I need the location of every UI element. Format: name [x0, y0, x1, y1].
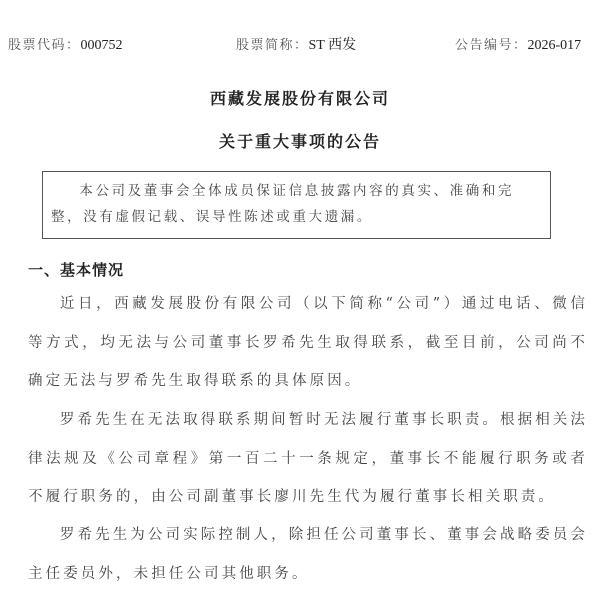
company-title: 西藏发展股份有限公司	[0, 86, 600, 109]
body-paragraph: 近日，西藏发展股份有限公司（以下简称“公司”）通过电话、微信等方式，均无法与公司…	[28, 285, 588, 401]
announcement-number-label: 公告编号：	[455, 38, 528, 53]
body-paragraph: 罗希先生为公司实际控制人，除担任公司董事长、董事会战略委员会主任委员外，未担任公…	[28, 516, 588, 592]
stock-abbr-label: 股票简称：	[236, 38, 309, 53]
stock-abbr-field: 股票简称：ST 西发	[236, 36, 356, 56]
announcement-header: 股票代码：000752 股票简称：ST 西发 公告编号：2026-017	[0, 36, 600, 56]
disclaimer-text: 本公司及董事会全体成员保证信息披露内容的真实、准确和完整，没有虚假记载、误导性陈…	[51, 178, 544, 230]
announcement-title: 关于重大事项的公告	[0, 129, 600, 152]
disclaimer-box: 本公司及董事会全体成员保证信息披露内容的真实、准确和完整，没有虚假记载、误导性陈…	[42, 171, 551, 239]
stock-code-value: 000752	[81, 38, 123, 53]
announcement-number-field: 公告编号：2026-017	[455, 36, 581, 56]
stock-abbr-value: ST 西发	[309, 38, 357, 53]
stock-code-field: 股票代码：000752	[8, 36, 123, 56]
body-paragraph: 罗希先生在无法取得联系期间暂时无法履行董事长职责。根据相关法律法规及《公司章程》…	[28, 401, 588, 517]
announcement-number-value: 2026-017	[528, 38, 582, 53]
section-heading: 一、基本情况	[28, 259, 124, 280]
stock-code-label: 股票代码：	[8, 38, 81, 53]
